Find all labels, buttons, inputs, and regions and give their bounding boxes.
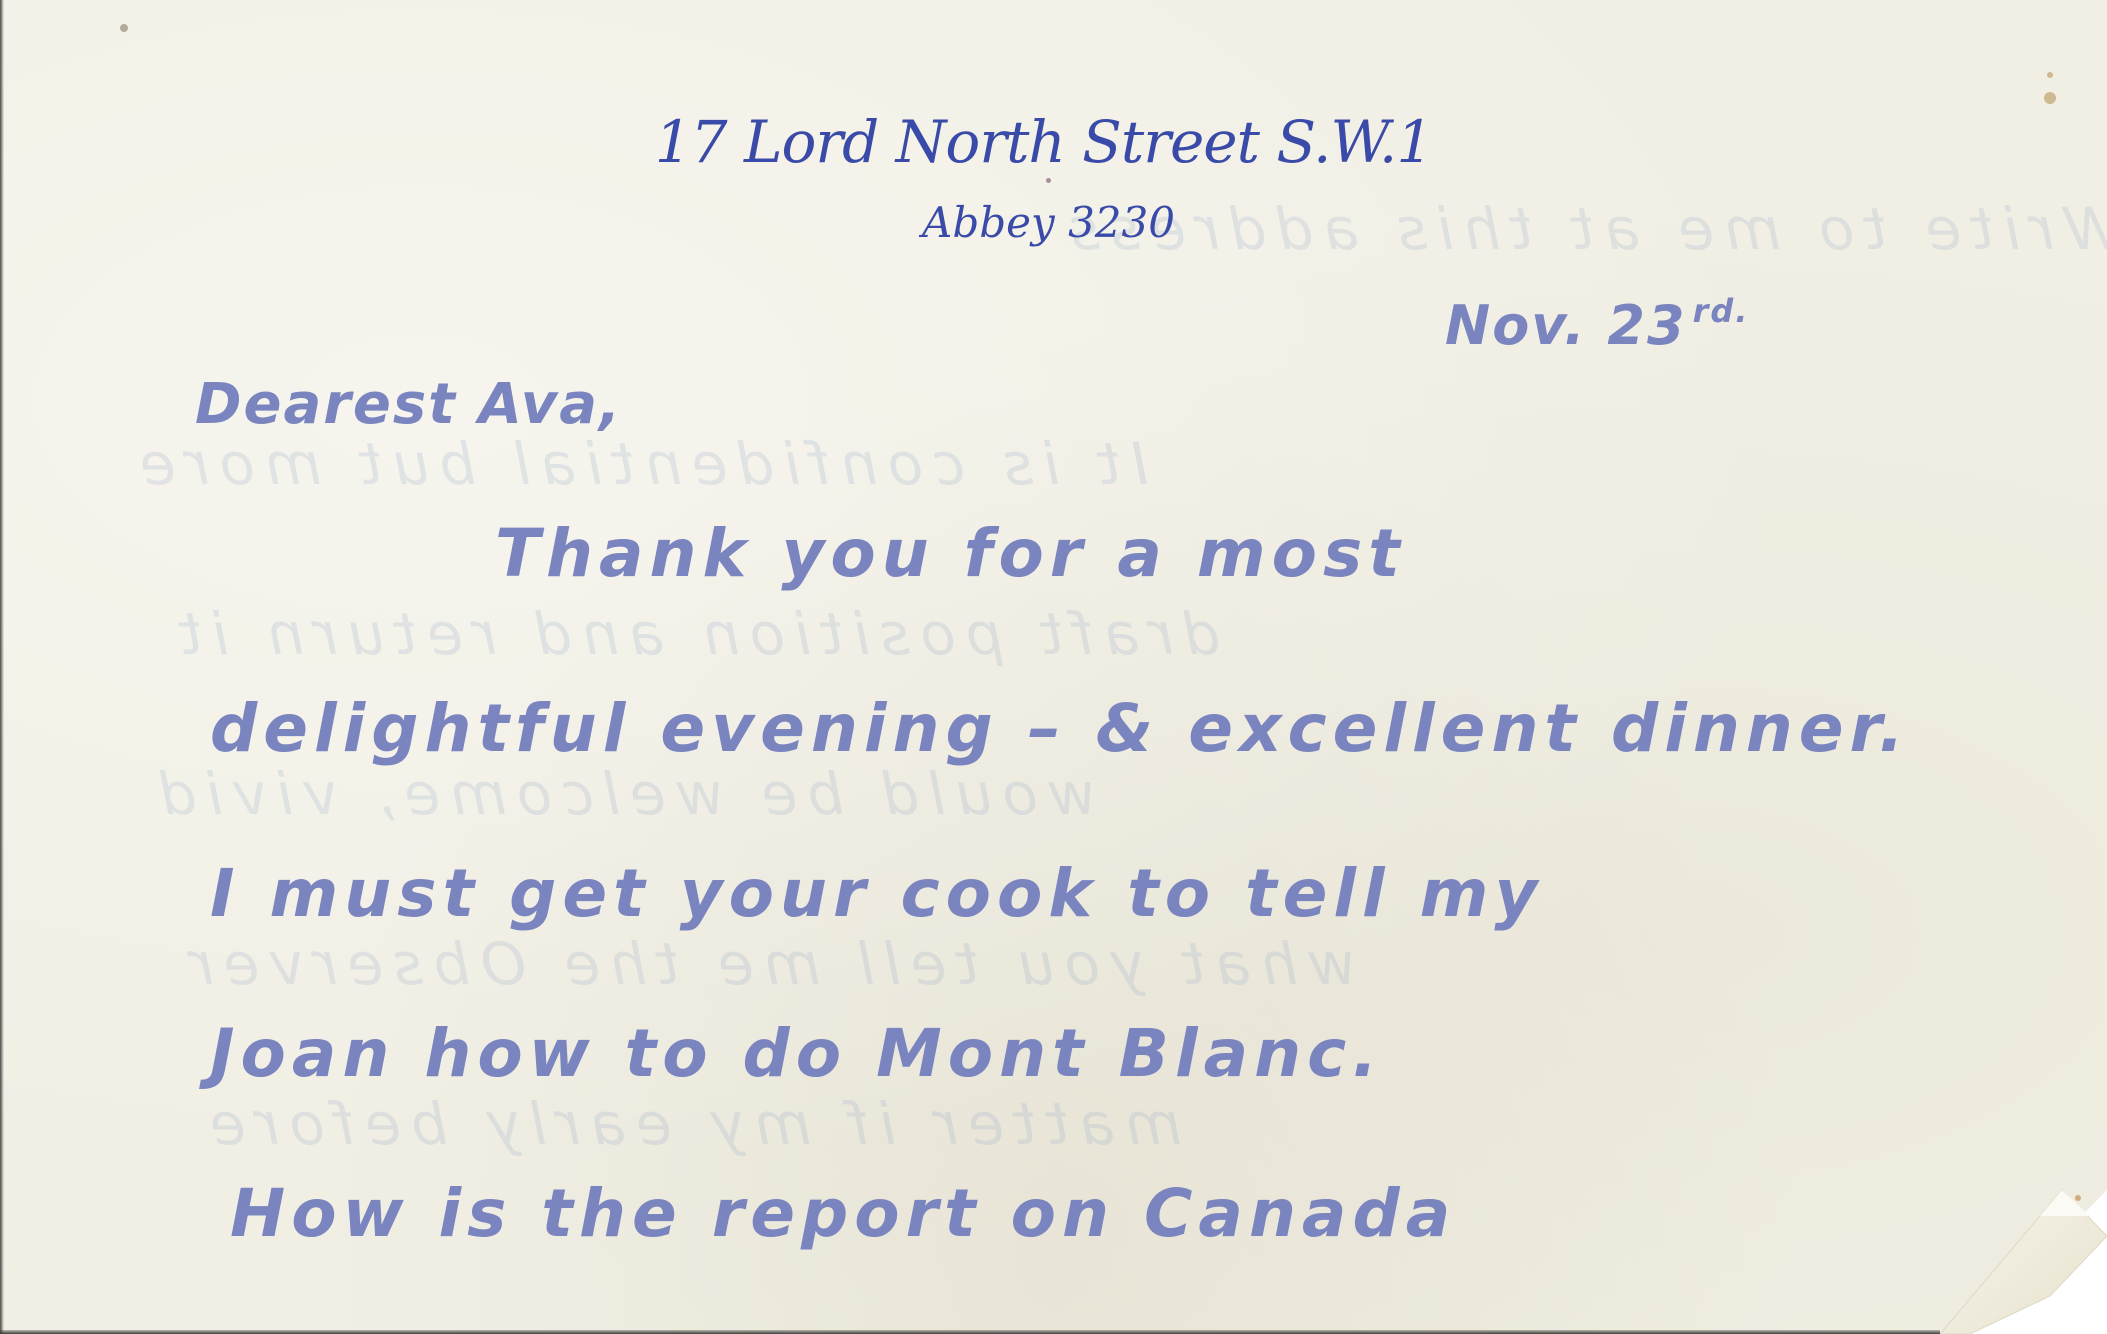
date-suffix: rd.: [1693, 292, 1750, 330]
reverse-show-through: would be welcome, vivid: [150, 760, 1095, 828]
letter-sheet: Write to me at this address It is confid…: [0, 0, 2107, 1334]
reverse-show-through: draft position and return it: [170, 600, 1220, 668]
folded-corner: [1940, 1186, 2107, 1334]
body-line: Joan how to do Mont Blanc.: [210, 1015, 1383, 1092]
body-line: Thank you for a most: [495, 515, 1406, 592]
scan-edge-left: [0, 0, 4, 1334]
date-text: Nov. 23: [1445, 294, 1687, 357]
reverse-show-through: matter if my early before: [200, 1090, 1182, 1158]
paper-stain: [2047, 72, 2053, 78]
body-line: How is the report on Canada: [230, 1175, 1456, 1252]
letter-date: Nov. 23rd.: [1445, 292, 1749, 357]
scan-edge-bottom: [0, 1330, 1940, 1334]
reverse-show-through: It is confidential but more: [130, 430, 1148, 498]
paper-stain: [2044, 92, 2056, 104]
body-line: delightful evening – & excellent dinner.: [210, 690, 1910, 767]
reverse-show-through: what you tell me the Observer: [180, 930, 1355, 998]
paper-stain: [120, 24, 128, 32]
letterhead-address: 17 Lord North Street S.W.1: [0, 108, 2097, 176]
body-line: I must get your cook to tell my: [210, 855, 1543, 932]
letterhead-telephone: Abbey 3230: [0, 198, 2102, 247]
salutation: Dearest Ava,: [195, 372, 622, 437]
paper-stain: [1046, 178, 1051, 183]
